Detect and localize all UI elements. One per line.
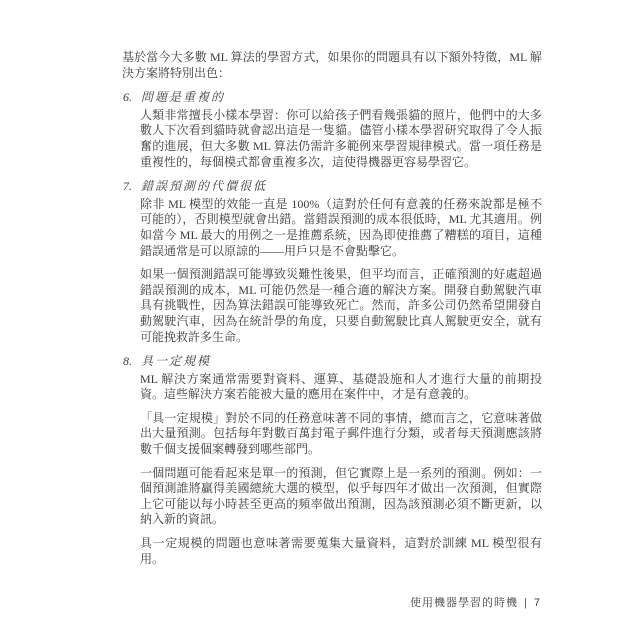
item-7-number: 7. xyxy=(122,179,141,195)
item-8-paragraph-3: 一個問題可能看起來是單一的預測，但它實際上是一系列的預測。例如：一個預測誰將贏得… xyxy=(140,466,542,528)
footer-chapter-title: 使用機器學習的時機 xyxy=(410,597,518,609)
list-item-7: 7. 錯誤預測的代價很低 除非 ML 模型的效能一直是 100%（這對於任何有意… xyxy=(122,179,542,345)
footer-separator: | xyxy=(524,597,528,609)
footer-page-number: 7 xyxy=(534,597,541,609)
item-7-paragraph-1: 除非 ML 模型的效能一直是 100%（這對於任何有意義的任務來說都是極不可能的… xyxy=(140,197,542,259)
item-6-number: 6. xyxy=(122,90,141,106)
page-content: 基於當今大多數 ML 算法的學習方式，如果你的問題具有以下額外特徵，ML 解決方… xyxy=(122,50,542,567)
item-7-paragraph-2: 如果一個預測錯誤可能導致災難性後果，但平均而言，正確預測的好處超過錯誤預測的成本… xyxy=(140,267,542,345)
item-7-title: 錯誤預測的代價很低 xyxy=(141,179,267,195)
item-8-heading: 8. 具一定規模 xyxy=(122,354,542,370)
item-6-heading: 6. 問題是重複的 xyxy=(122,90,542,106)
list-item-6: 6. 問題是重複的 人類非常擅長小樣本學習：你可以給孩子們看幾張貓的照片，他們中… xyxy=(122,90,542,170)
book-page: 基於當今大多數 ML 算法的學習方式，如果你的問題具有以下額外特徵，ML 解決方… xyxy=(0,0,640,640)
item-8-paragraph-4: 具一定規模的問題也意味著需要蒐集大量資料，這對於訓練 ML 模型很有用。 xyxy=(140,536,542,567)
item-8-title: 具一定規模 xyxy=(141,354,211,370)
item-8-number: 8. xyxy=(122,354,141,370)
item-8-paragraph-1: ML 解決方案通常需要對資料、運算、基礎設施和人才進行大量的前期投資。這些解決方… xyxy=(140,372,542,403)
page-footer: 使用機器學習的時機|7 xyxy=(410,597,541,610)
item-6-title: 問題是重複的 xyxy=(141,90,225,106)
item-6-paragraph-1: 人類非常擅長小樣本學習：你可以給孩子們看幾張貓的照片，他們中的大多數人下次看到貓… xyxy=(140,108,542,170)
item-7-heading: 7. 錯誤預測的代價很低 xyxy=(122,179,542,195)
item-8-paragraph-2: 「具一定規模」對於不同的任務意味著不同的事情，總而言之，它意味著做出大量預測。包… xyxy=(140,411,542,458)
intro-paragraph: 基於當今大多數 ML 算法的學習方式，如果你的問題具有以下額外特徵，ML 解決方… xyxy=(122,50,542,81)
list-item-8: 8. 具一定規模 ML 解決方案通常需要對資料、運算、基礎設施和人才進行大量的前… xyxy=(122,354,542,567)
